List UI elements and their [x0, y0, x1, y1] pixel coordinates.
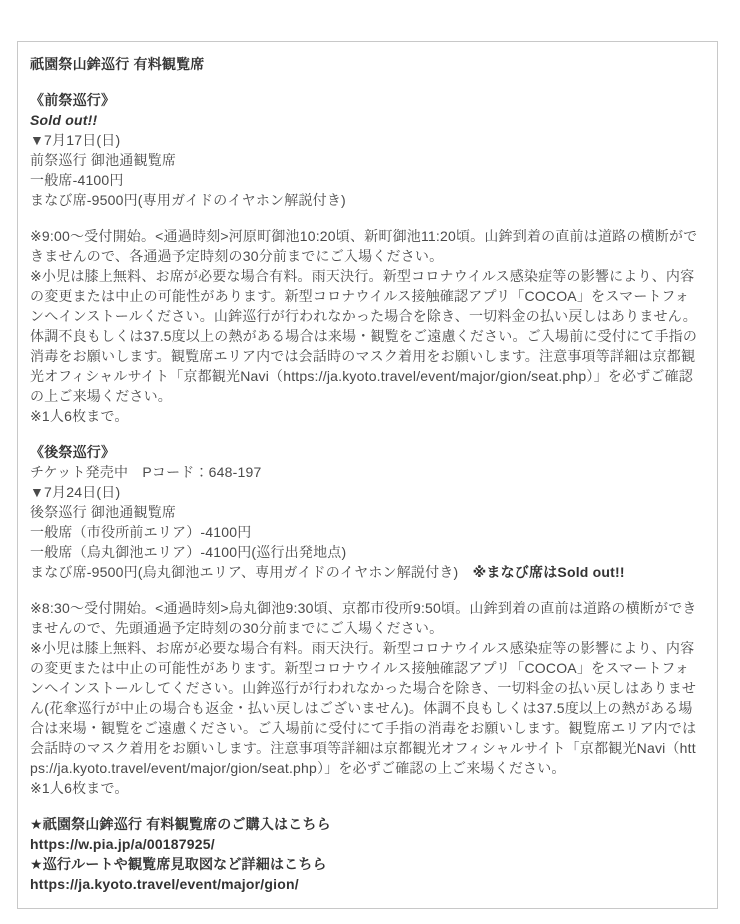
- first-parade-heading: 《前祭巡行》: [30, 90, 702, 110]
- spacer: [30, 798, 702, 814]
- later-parade-price-cityhall: 一般席（市役所前エリア）-4100円: [30, 522, 702, 542]
- later-parade-note-limit: ※1人6枚まで。: [30, 778, 702, 798]
- later-parade-venue: 後祭巡行 御池通観覧席: [30, 502, 702, 522]
- first-parade-date: ▼7月17日(日): [30, 130, 702, 150]
- first-parade-venue: 前祭巡行 御池通観覧席: [30, 150, 702, 170]
- later-parade-price-karasuma: 一般席（烏丸御池エリア）-4100円(巡行出発地点): [30, 542, 702, 562]
- press-release-box: 祇園祭山鉾巡行 有料観覧席 《前祭巡行》 Sold out!! ▼7月17日(日…: [17, 41, 718, 909]
- route-link-label: ★巡行ルートや観覧席見取図など詳細はこちら: [30, 854, 702, 874]
- page-title: 祇園祭山鉾巡行 有料観覧席: [30, 54, 702, 74]
- later-parade-manabi-soldout-label: ※まなび席はSold out!!: [473, 564, 625, 580]
- purchase-link-url: https://w.pia.jp/a/00187925/: [30, 834, 702, 854]
- first-parade-price-manabi: まなび席-9500円(専用ガイドのイヤホン解説付き): [30, 190, 702, 210]
- first-parade-note-limit: ※1人6枚まで。: [30, 406, 702, 426]
- later-parade-date: ▼7月24日(日): [30, 482, 702, 502]
- spacer: [30, 74, 702, 90]
- later-parade-price-manabi-row: まなび席-9500円(烏丸御池エリア、専用ガイドのイヤホン解説付き) ※まなび席…: [30, 562, 702, 582]
- later-parade-ticket-status: チケット発売中 Pコード：648-197: [30, 462, 702, 482]
- spacer: [30, 210, 702, 226]
- later-parade-price-manabi: まなび席-9500円(烏丸御池エリア、専用ガイドのイヤホン解説付き): [30, 564, 473, 580]
- first-parade-soldout-label: Sold out!!: [30, 110, 702, 130]
- later-parade-note-conditions: ※小児は膝上無料、お席が必要な場合有料。雨天決行。新型コロナウイルス感染症等の影…: [30, 638, 702, 778]
- purchase-link-label: ★祇園祭山鉾巡行 有料観覧席のご購入はこちら: [30, 814, 702, 834]
- first-parade-note-reception: ※9:00～受付開始。<通過時刻>河原町御池10:20頃、新町御池11:20頃。…: [30, 226, 702, 266]
- spacer: [30, 582, 702, 598]
- spacer: [30, 426, 702, 442]
- first-parade-note-conditions: ※小児は膝上無料、お席が必要な場合有料。雨天決行。新型コロナウイルス感染症等の影…: [30, 266, 702, 406]
- later-parade-heading: 《後祭巡行》: [30, 442, 702, 462]
- first-parade-price-general: 一般席-4100円: [30, 170, 702, 190]
- later-parade-note-reception: ※8:30～受付開始。<通過時刻>烏丸御池9:30頃、京都市役所9:50頃。山鉾…: [30, 598, 702, 638]
- route-link-url: https://ja.kyoto.travel/event/major/gion…: [30, 874, 702, 894]
